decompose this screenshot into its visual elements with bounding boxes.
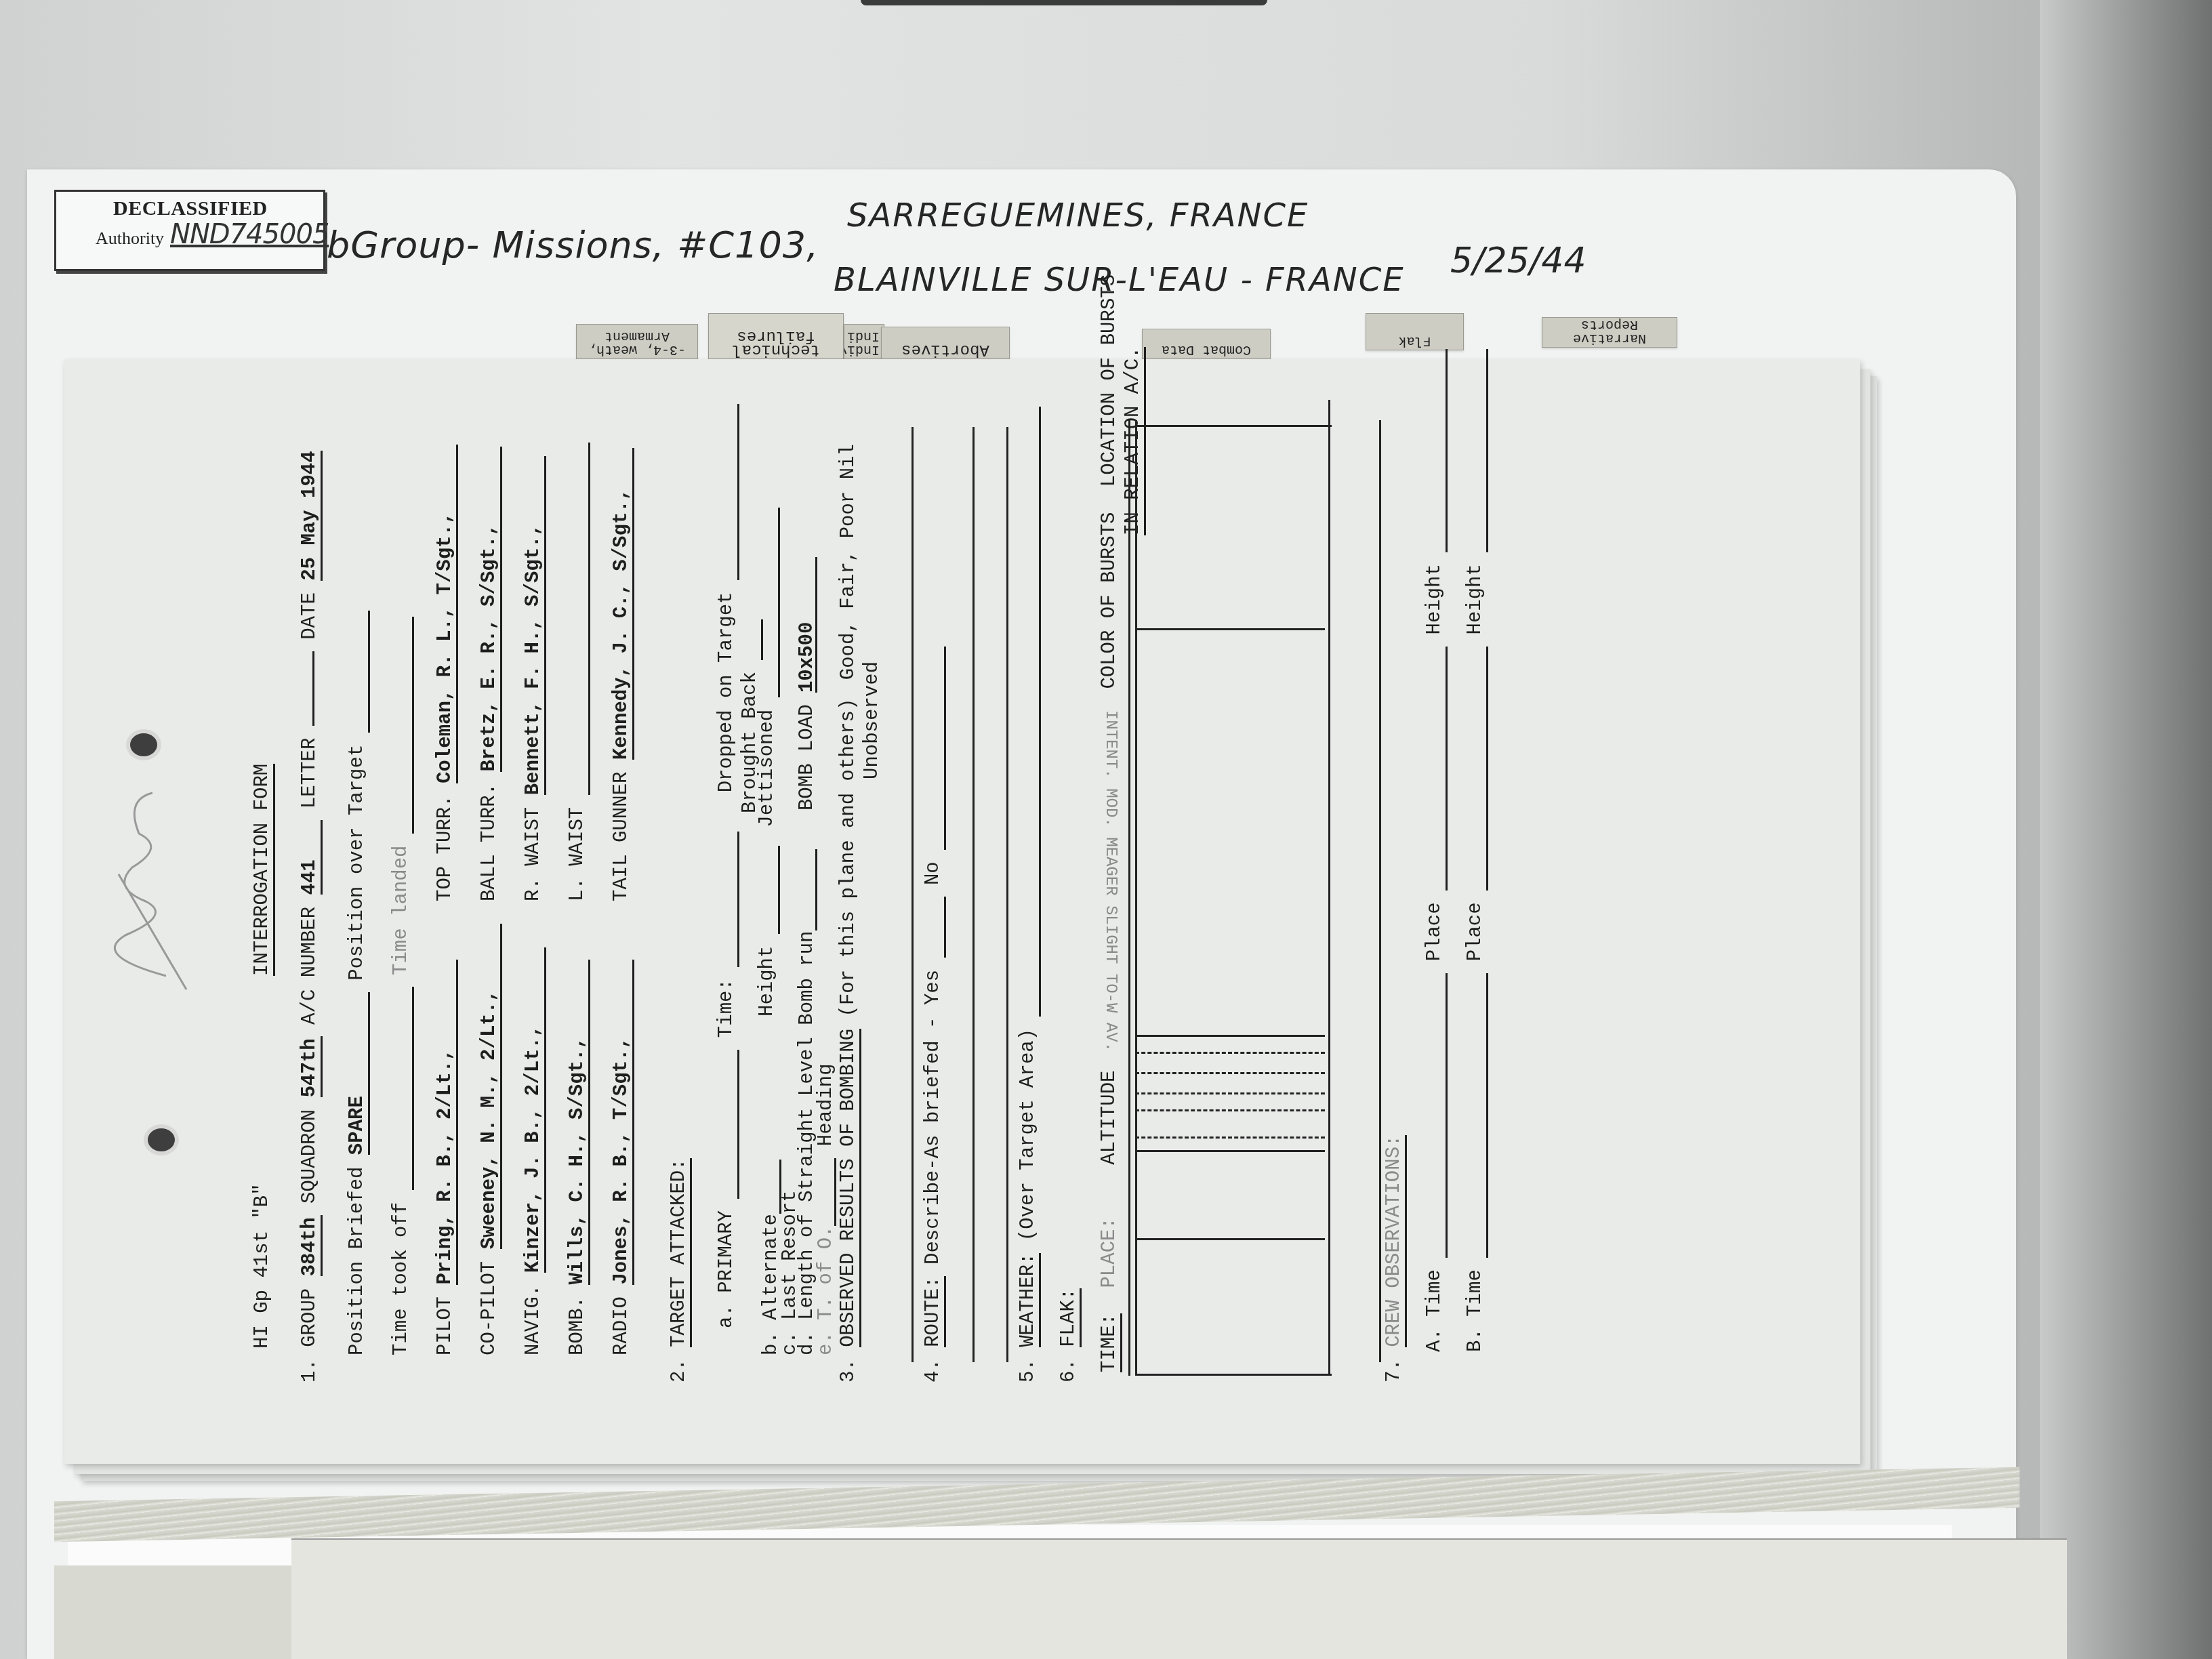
index-tab-combat-data[interactable]: Combat Data bbox=[1142, 329, 1271, 359]
primary-target-field[interactable] bbox=[715, 1050, 739, 1199]
time-took-off-field[interactable] bbox=[390, 987, 414, 1190]
crew-observation-row-b: B. Time Place Height bbox=[1464, 349, 1488, 1352]
index-tab-armament[interactable]: -3-4, weath, Armament bbox=[576, 324, 698, 359]
crew-row-top-turret: TOP TURR. Coleman, R. L., T/Sgt., bbox=[434, 445, 458, 901]
index-tab-narrative-reports[interactable]: Narrative Reports bbox=[1542, 317, 1677, 348]
crew-row-radio: RADIO Jones, R. B., T/Sgt., bbox=[610, 960, 634, 1355]
crew-observation-row-a: A. Time Place Height bbox=[1423, 349, 1448, 1352]
group-field[interactable]: 384th bbox=[298, 1215, 323, 1276]
dark-object-top bbox=[861, 0, 1267, 5]
crew-row-ball-turret: BALL TURR. Bretz, E. R., S/Sgt., bbox=[478, 447, 502, 901]
folder-label-date: 5/25/44 bbox=[1450, 241, 1586, 281]
authority-label: Authority bbox=[96, 228, 164, 249]
letter-field[interactable] bbox=[312, 651, 314, 726]
time-landed-field[interactable] bbox=[390, 617, 414, 834]
declassified-stamp: DECLASSIFIED Authority NND745005 bbox=[54, 190, 325, 271]
route-yes-field[interactable] bbox=[922, 897, 946, 958]
unit-header: HI Gp 41st "B" bbox=[251, 1183, 273, 1349]
authority-value: NND745005 bbox=[170, 219, 329, 250]
index-tab-flak[interactable]: Flak bbox=[1366, 313, 1464, 350]
position-briefed-field[interactable]: SPARE bbox=[346, 992, 370, 1155]
dropped-on-target-field[interactable] bbox=[715, 404, 739, 580]
intensity-options: INTENT. MOD. MEAGER SLIGHT TO-W AV. bbox=[1101, 710, 1120, 1052]
crew-row-right-waist: R. WAIST Bennett, F. H., S/Sgt., bbox=[522, 456, 546, 901]
folder-label-group-missions: bGroup- Missions, #C103, bbox=[327, 224, 819, 266]
ac-number-field[interactable]: 441 bbox=[298, 820, 323, 895]
index-tab-technical-failures[interactable]: technical failures bbox=[708, 313, 844, 359]
index-tab-individual[interactable]: Indiv, Indi bbox=[844, 324, 884, 359]
form-content-rotated: HI Gp 41st "B" INTERROGATION FORM 1. GRO… bbox=[64, 359, 1860, 1464]
weather-field[interactable] bbox=[1017, 407, 1041, 1017]
form-title: INTERROGATION FORM bbox=[251, 764, 275, 976]
declassified-title: DECLASSIFIED bbox=[113, 197, 268, 220]
position-over-target-field[interactable] bbox=[346, 611, 370, 733]
crew-row-pilot: PILOT Pring, R. B., 2/Lt., bbox=[434, 960, 458, 1355]
index-tab-abortives[interactable]: Abortives bbox=[881, 327, 1010, 359]
crew-row-tail-gunner: TAIL GUNNER Kennedy, J. C., S/Sgt., bbox=[610, 448, 634, 901]
target-attacked-title: TARGET ATTACKED: bbox=[668, 1158, 692, 1347]
date-field[interactable]: 25 May 1944 bbox=[298, 451, 323, 580]
folder-label-target-1: SARREGUEMINES, FRANCE bbox=[847, 197, 1309, 234]
route-no-field[interactable] bbox=[922, 647, 946, 850]
crew-row-bombardier: BOMB. Wills, C. H., S/Sgt., bbox=[566, 960, 590, 1355]
crew-row-navigator: NAVIG. Kinzer, J. B., 2/Lt., bbox=[522, 947, 546, 1355]
crew-row-copilot: CO-PILOT Sweeney, N. M., 2/Lt., bbox=[478, 924, 502, 1355]
squadron-field[interactable]: 547th bbox=[298, 1036, 323, 1097]
crew-row-left-waist: L. WAIST bbox=[566, 443, 590, 901]
background-surface bbox=[2040, 0, 2212, 1659]
interrogation-form-page: HI Gp 41st "B" INTERROGATION FORM 1. GRO… bbox=[64, 359, 1860, 1464]
primary-time-field[interactable] bbox=[715, 832, 739, 967]
bomb-load-field[interactable]: 10x500 bbox=[798, 557, 817, 693]
paper-stack-front bbox=[291, 1538, 2067, 1659]
